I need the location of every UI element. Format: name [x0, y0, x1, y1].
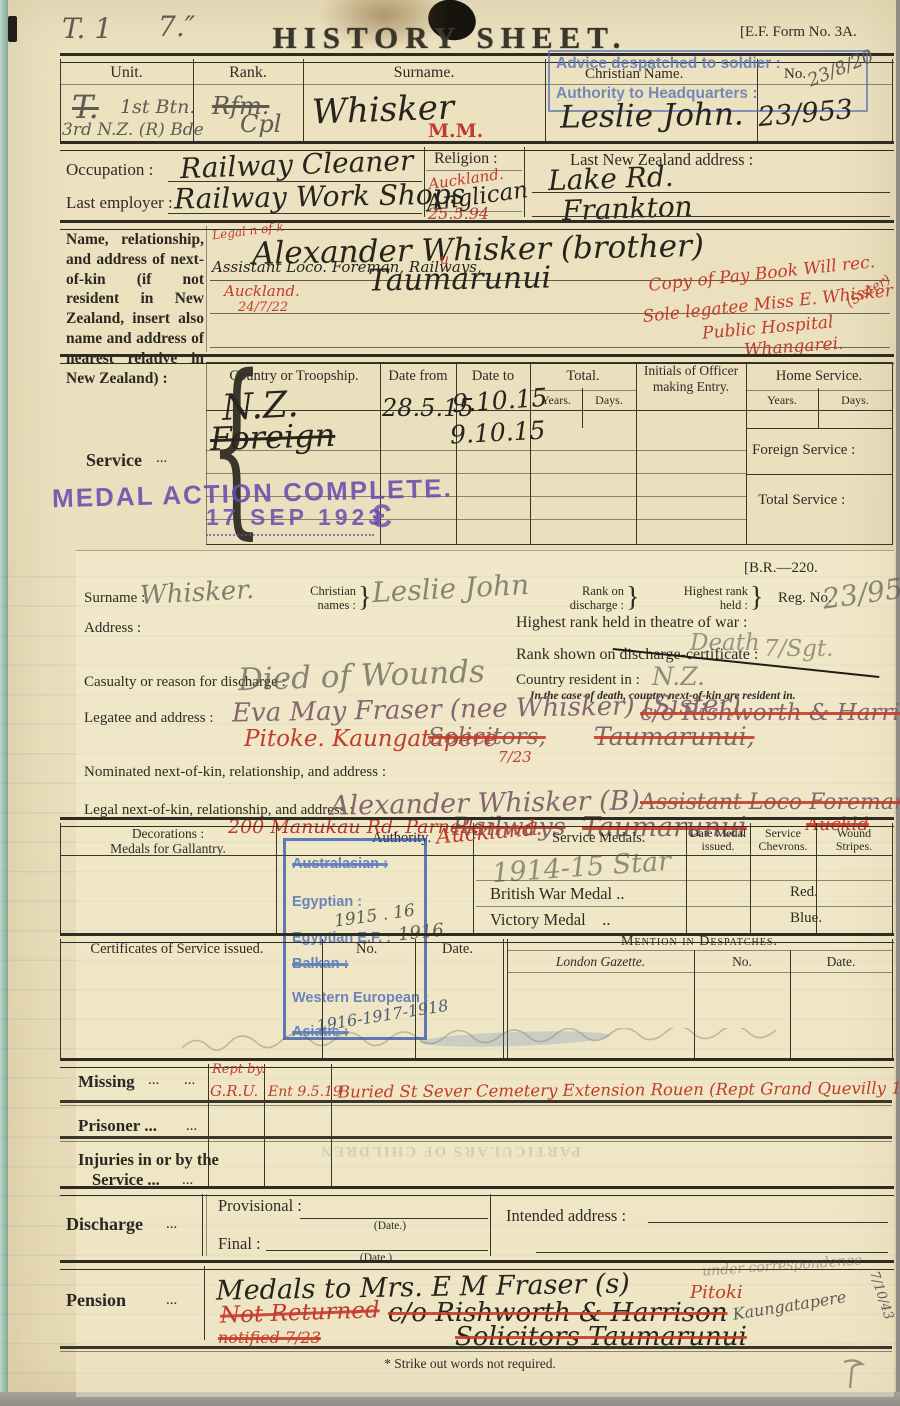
intended-address-label: Intended address : — [506, 1206, 626, 1226]
footer-note: * Strike out words not required. — [290, 1356, 650, 1372]
occupation-label: Occupation : — [66, 160, 153, 180]
injuries-label-1: Injuries in or by the — [78, 1150, 219, 1170]
col-initials-officer: Initials of Officer making Entry. — [640, 363, 742, 394]
discharge-dots: ... — [166, 1216, 177, 1233]
rule — [206, 226, 207, 352]
br-address-label: Address : — [84, 620, 141, 637]
chevron-blue: Blue. — [790, 910, 822, 927]
total-service-label: Total Service : — [758, 492, 845, 509]
service-row2-from: 9.10.15 — [449, 416, 546, 450]
rule — [168, 213, 422, 214]
rule — [490, 1194, 491, 1256]
last-employer-entry: Railway Work Shops — [174, 177, 466, 215]
br-surname-entry: Whisker. — [139, 575, 255, 611]
prisoner-label: Prisoner ... — [78, 1116, 157, 1136]
scanned-history-sheet: T. 1 7.″ HISTORY SHEET. [E.F. Form No. 3… — [0, 0, 900, 1406]
cert-no-label: No. — [356, 941, 377, 958]
rule — [276, 823, 277, 933]
rule — [476, 880, 892, 881]
missing-red-rept: Rept by. — [212, 1062, 265, 1077]
col-date-from: Date from — [380, 368, 456, 385]
rule — [60, 1346, 892, 1349]
form-number: [E.F. Form No. 3A. — [740, 24, 857, 41]
pension-struck-returned: Not Returned — [220, 1297, 380, 1329]
rule — [206, 450, 746, 451]
unit-entry-line1: 1st Btn. — [120, 96, 195, 118]
br-country-entry: N.Z. — [652, 662, 705, 691]
sub-days-home: Days. — [818, 393, 892, 408]
mention-title: Mention in Despatches. — [507, 934, 892, 950]
br-legatee-label: Legatee and address : — [84, 710, 214, 727]
rule — [892, 823, 893, 933]
stamp-initial-mark: Ɛ — [372, 498, 392, 535]
rule — [648, 1222, 888, 1223]
missing-red-ent: Ent 9.5.19 — [268, 1084, 342, 1100]
br-nominated-label: Nominated next-of-kin, relationship, and… — [84, 764, 386, 781]
prisoner-dots: ... — [186, 1118, 197, 1135]
unit-header: Unit. — [60, 64, 193, 82]
sub-years-home: Years. — [746, 393, 818, 408]
rule — [892, 362, 893, 545]
rule — [60, 855, 892, 856]
br-legatee-struck2: Solicitors, — [428, 724, 546, 750]
rule — [60, 1136, 892, 1139]
nok-entry-line3: Taumarunui — [368, 260, 552, 298]
service-label: Service — [86, 450, 142, 471]
rule — [60, 1100, 892, 1103]
discharge-label: Discharge — [66, 1214, 143, 1235]
christian-name-entry: Leslie John. — [560, 96, 744, 135]
stamp-balkan: Balkan : — [292, 956, 348, 972]
advice-stamp-line1: Advice despatched to soldier : — [556, 55, 781, 73]
cert-date-label: Date. — [442, 941, 473, 958]
brace-glyph: } — [358, 582, 371, 614]
rule — [892, 939, 893, 1058]
rule — [210, 313, 890, 314]
ghost-particulars: PARTICULARS OF CHILDREN — [280, 1142, 620, 1159]
rule — [426, 211, 522, 212]
surname-header: Surname. — [303, 64, 545, 82]
br-form-number: [B.R.—220. — [744, 560, 818, 577]
stamp-egyptian: Egyptian : — [292, 894, 362, 910]
nok-red-caret: u — [440, 252, 449, 268]
corner-mark-1: T. 1 — [62, 12, 112, 45]
col-wound-2: Stripes. — [816, 839, 892, 854]
rank-header: Rank. — [193, 64, 303, 82]
rule — [636, 362, 637, 545]
rule — [746, 390, 892, 391]
col-date-to: Date to — [456, 368, 530, 385]
rule — [60, 1105, 892, 1106]
edge-mark — [8, 16, 17, 42]
corner-mark-2: 7.″ — [158, 10, 195, 43]
col-home-service: Home Service. — [746, 368, 892, 385]
service-row2-country: Foreign — [209, 416, 336, 458]
missing-label: Missing — [78, 1072, 135, 1092]
pension-struck-notified: notified 7/23 — [218, 1328, 321, 1347]
rank-entry: Cpl — [240, 110, 281, 138]
rule — [206, 544, 892, 545]
col-date-medal-2: issued. — [686, 839, 750, 854]
final-label: Final : — [218, 1234, 261, 1254]
certificates-label: Certificates of Service issued. — [62, 941, 292, 958]
br-cert-pencil-death: Death — [690, 630, 760, 656]
rule — [60, 1058, 894, 1068]
missing-dots: ... — [184, 1072, 195, 1089]
pencil-mark — [840, 1356, 866, 1390]
rule — [264, 1064, 265, 1186]
rule — [545, 59, 546, 141]
rule — [536, 1252, 888, 1253]
medal-british-war: British War Medal .. — [490, 884, 624, 904]
col-country-troopship: Country or Troopship. — [210, 368, 378, 385]
rule — [746, 428, 892, 429]
col-service-medals: Service Medals. — [552, 830, 645, 847]
medal-victory: Victory Medal .. — [490, 910, 610, 930]
missing-red-gru: G.R.U. — [210, 1082, 258, 1100]
nok-label: Name, relationship, and address of next-… — [66, 230, 204, 389]
brace-glyph: } — [626, 582, 639, 614]
br-christian-label: Christian names : — [278, 585, 356, 613]
mention-no-label: No. — [694, 954, 790, 970]
rule — [746, 474, 892, 475]
provisional-date-note: (Date.) — [330, 1220, 450, 1232]
br-highest-rank-label: Highest rank held : — [672, 585, 748, 613]
rule — [507, 950, 892, 951]
br-country-label: Country resident in : — [516, 672, 640, 689]
col-chevrons-2: Chevrons. — [750, 839, 816, 854]
missing-red-burial: Buried St Sever Cemetery Extension Rouen… — [338, 1078, 900, 1102]
rule — [202, 1194, 203, 1256]
rule — [206, 473, 746, 474]
service-dots: ... — [156, 450, 167, 467]
brace-glyph: } — [750, 582, 763, 614]
br-cert-pencil-rank: 7/Sgt. — [764, 636, 833, 662]
pension-dots: ... — [166, 1292, 177, 1309]
last-employer-label: Last employer : — [66, 193, 173, 213]
pension-label: Pension — [66, 1290, 126, 1311]
foreign-service-label: Foreign Service : — [752, 442, 855, 459]
sub-days-total: Days. — [582, 393, 636, 408]
br-legatee-frac: 7/23 — [498, 748, 532, 766]
medal-action-stamp-date: 17 SEP 1923 — [206, 504, 385, 531]
rule — [476, 906, 892, 907]
rule — [892, 59, 893, 141]
mention-gazette-label: London Gazette. — [507, 954, 694, 970]
rule — [60, 220, 894, 230]
rule — [206, 410, 892, 411]
religion-label: Religion : — [434, 150, 498, 168]
stamp-australasian: Australasian : — [292, 856, 388, 872]
br-legatee-struck3: Taumarunui, — [594, 722, 755, 751]
unit-entry-line2: 3rd N.Z. (R) Bde — [62, 120, 204, 140]
stamp-dotted-rule — [206, 534, 374, 536]
br-rank-discharge-label: Rank on discharge : — [542, 585, 624, 613]
rule — [331, 1064, 332, 1186]
nok-red-city: Auckland. — [224, 282, 300, 300]
col-decorations-1: Decorations : — [60, 826, 276, 842]
military-medal-note: M.M. — [428, 120, 483, 142]
rule — [60, 1186, 894, 1196]
missing-dots: ... — [148, 1072, 159, 1089]
rule — [60, 1351, 892, 1352]
chevron-red: Red. — [790, 884, 818, 901]
rule — [532, 216, 890, 217]
provisional-label: Provisional : — [218, 1196, 302, 1216]
rule — [206, 362, 892, 363]
rule — [206, 1194, 207, 1256]
rule — [204, 1266, 205, 1340]
rule — [507, 972, 892, 973]
mention-date-label: Date. — [790, 954, 892, 970]
br-surname-label: Surname : — [84, 590, 145, 607]
